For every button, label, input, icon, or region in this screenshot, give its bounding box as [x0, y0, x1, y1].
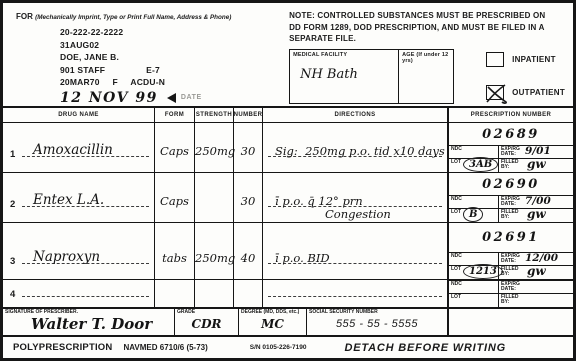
drug-name-cell: 4 [3, 280, 155, 307]
form-header: FOR (Mechanically Imprint, Type or Print… [3, 3, 573, 106]
form-cell: Caps [155, 123, 195, 172]
medical-facility-value: NH Bath [300, 67, 395, 82]
directions-cell: ī p.o. BID [263, 223, 449, 279]
drug-name-value: Amoxacillin [33, 142, 113, 158]
rx-number-value: 02690 [482, 177, 540, 192]
patient-name: DOE, JANE B. [60, 51, 285, 64]
patient-ssn: 20-222-22-2222 [60, 26, 285, 39]
left-arrow-icon [167, 93, 176, 103]
strength-value: 250mg [195, 144, 233, 158]
form-footer: POLYPRESCRIPTION NAVMED 6710/6 (5-73) S/… [3, 337, 573, 358]
ndc-label: NDC [451, 197, 473, 202]
strength-cell [195, 173, 234, 222]
age-box: AGE (If under 12 yrs) [399, 49, 454, 105]
filled-by-box: FILLED BY:gw [499, 266, 573, 279]
signature-row: SIGNATURE OF PRESCRIBER. Walter T. Door … [3, 307, 573, 337]
directions-cell [263, 280, 449, 307]
directions-value: ī p.o. BID [275, 251, 330, 265]
ndc-box: NDC [449, 281, 499, 294]
row-number: 4 [10, 289, 15, 300]
directions-value: ī p.o. q̄ 12° prn [275, 194, 363, 208]
strength-value: 250mg [195, 251, 233, 265]
patient-unit-rank: 901 STAFF E-7 [60, 64, 285, 77]
drug-name-cell: 2 Entex L.A. [3, 173, 155, 222]
controlled-substances-note: NOTE: CONTROLLED SUBSTANCES MUST BE PRES… [289, 10, 555, 45]
filled-by-value: gw [527, 207, 546, 221]
signature-cell: SIGNATURE OF PRESCRIBER. Walter T. Door [3, 309, 175, 335]
col-header-prescription-number: PRESCRIPTION NUMBER [449, 108, 573, 122]
ssn-label: SOCIAL SECURITY NUMBER [309, 310, 419, 315]
prescription-number-cell: 02691 NDC EXP/RG DATE:12/00 LOT1213 FILL… [449, 223, 573, 279]
form-cell [155, 280, 195, 307]
row-number: 2 [10, 199, 15, 210]
exp-date-label: EXP/RG DATE: [501, 282, 523, 292]
rx-number-area: 02689 [449, 123, 573, 145]
ndc-label: NDC [451, 282, 473, 287]
lot-box: LOT3AB [449, 159, 499, 172]
table-header: DRUG NAME FORM STRENGTH NUMBER DIRECTION… [3, 106, 573, 123]
date-line: 12 NOV 99 DATE [60, 90, 285, 106]
patient-imprint: 20-222-22-2222 31AUG02 DOE, JANE B. 901 … [60, 26, 285, 89]
number-cell [234, 280, 263, 307]
for-label: FOR [16, 12, 33, 21]
filled-by-box: FILLED BY:gw [499, 209, 573, 222]
form-number: NAVMED 6710/6 (5-73) [123, 343, 207, 352]
degree-label: DEGREE (MD, DDS, etc.) [241, 310, 301, 315]
rx-number-area: 02691 [449, 223, 573, 252]
col-header-number: NUMBER [234, 108, 263, 122]
rx-detail-grid: NDC EXP/RG DATE:9/01 LOT3AB FILLED BY:gw [449, 145, 573, 172]
rx-detail-grid: NDC EXP/RG DATE: LOT FILLED BY: [449, 280, 573, 307]
filled-by-label: FILLED BY: [501, 210, 523, 220]
rx-detail-grid: NDC EXP/RG DATE:12/00 LOT1213 FILLED BY:… [449, 252, 573, 279]
header-right-block: NOTE: CONTROLLED SUBSTANCES MUST BE PRES… [285, 3, 573, 106]
ndc-label: NDC [451, 147, 473, 152]
filled-by-label: FILLED BY: [501, 267, 523, 277]
form-cell: tabs [155, 223, 195, 279]
filled-by-label: FILLED BY: [501, 160, 523, 170]
form-value: Caps [155, 194, 194, 208]
number-value: 30 [234, 144, 262, 158]
lot-value: B [463, 207, 483, 222]
drug-name-value: Entex L.A. [33, 192, 104, 208]
date-label: DATE [181, 94, 202, 101]
degree-value: MC [239, 317, 306, 331]
lot-box: LOTB [449, 209, 499, 222]
medical-facility-label: MEDICAL FACILITY [293, 52, 395, 58]
filled-by-box: FILLED BY:gw [499, 159, 573, 172]
lot-value: 1213 [463, 264, 503, 279]
form-value: Caps [155, 144, 194, 158]
prescription-row: 1 Amoxacillin Caps 250mg 30 Sig: 250mg p… [3, 123, 573, 173]
date-handwritten: 12 NOV 99 [60, 90, 158, 106]
grade-cell: GRADE CDR [175, 309, 239, 335]
outpatient-label: OUTPATIENT [512, 88, 565, 97]
for-line: FOR (Mechanically Imprint, Type or Print… [16, 12, 285, 21]
prescription-number-cell: 02690 NDC EXP/RG DATE:7/00 LOTB FILLED B… [449, 173, 573, 222]
exp-date-label: EXP/RG DATE: [501, 147, 523, 157]
exp-date-value: 7/00 [525, 195, 551, 207]
col-header-drug-name: DRUG NAME [3, 108, 155, 122]
polyprescription-form: FOR (Mechanically Imprint, Type or Print… [0, 0, 576, 361]
number-value: 40 [234, 251, 262, 265]
facility-row: MEDICAL FACILITY NH Bath AGE (If under 1… [289, 49, 565, 105]
prescription-row: 4 NDC EXP/RG DATE: LOT FILLED BY: [3, 280, 573, 307]
directions-cell: ī p.o. q̄ 12° prn Congestion [263, 173, 449, 222]
medical-facility-box: MEDICAL FACILITY NH Bath [289, 49, 399, 105]
row-number: 1 [10, 149, 15, 160]
inpatient-label: INPATIENT [512, 55, 556, 64]
ssn-cell: SOCIAL SECURITY NUMBER 555 - 55 - 5555 [307, 309, 449, 335]
patient-dob-status: 20MAR70 F ACDU-N [60, 76, 285, 89]
prescription-number-cell: 02689 NDC EXP/RG DATE:9/01 LOT3AB FILLED… [449, 123, 573, 172]
outpatient-checkbox [486, 85, 504, 100]
rx-number-value: 02691 [482, 230, 540, 245]
form-value: tabs [155, 251, 194, 265]
rx-detail-grid: NDC EXP/RG DATE:7/00 LOTB FILLED BY:gw [449, 195, 573, 222]
lot-label: LOT [451, 295, 473, 300]
detach-instruction: DETACH BEFORE WRITING [345, 342, 506, 354]
col-header-form: FORM [155, 108, 195, 122]
inpatient-checkbox [486, 52, 504, 67]
ssn-value: 555 - 55 - 5555 [307, 318, 447, 330]
exp-date-value: 12/00 [525, 252, 558, 264]
drug-name-value: Naproxyn [33, 249, 100, 265]
age-label: AGE (If under 12 yrs) [402, 52, 450, 64]
filled-by-value: gw [527, 157, 546, 171]
patient-imprint-block: FOR (Mechanically Imprint, Type or Print… [3, 3, 285, 106]
drug-name-cell: 3 Naproxyn [3, 223, 155, 279]
degree-cell: DEGREE (MD, DDS, etc.) MC [239, 309, 307, 335]
entry-line [268, 296, 442, 297]
prescription-row: 2 Entex L.A. Caps 30 ī p.o. q̄ 12° prn C… [3, 173, 573, 223]
directions-value-2: Congestion [325, 207, 391, 221]
directions-cell: Sig: 250mg p.o. tid x10 days [263, 123, 449, 172]
rx-number-value: 02689 [482, 127, 540, 142]
patient-imprint-date: 31AUG02 [60, 39, 285, 52]
grade-value: CDR [175, 317, 238, 331]
prescription-number-cell: NDC EXP/RG DATE: LOT FILLED BY: [449, 280, 573, 307]
signature-row-empty-cell [449, 309, 573, 335]
outpatient-row: OUTPATIENT [486, 85, 565, 100]
rx-number-area: 02690 [449, 173, 573, 195]
for-instructions: (Mechanically Imprint, Type or Print Ful… [35, 14, 231, 21]
filled-by-box: FILLED BY: [499, 294, 573, 307]
drug-name-cell: 1 Amoxacillin [3, 123, 155, 172]
number-cell: 30 [234, 173, 263, 222]
number-cell: 40 [234, 223, 263, 279]
directions-value: Sig: 250mg p.o. tid x10 days [275, 144, 445, 158]
strength-cell: 250mg [195, 223, 234, 279]
exp-date-label: EXP/RG DATE: [501, 197, 523, 207]
patient-type-area: INPATIENT OUTPATIENT [454, 49, 565, 105]
form-name: POLYPRESCRIPTION [13, 342, 112, 353]
exp-date-label: EXP/RG DATE: [501, 254, 523, 264]
lot-value: 3AB [463, 157, 498, 172]
entry-line [22, 296, 149, 297]
lot-box: LOT [449, 294, 499, 307]
row-number: 3 [10, 256, 15, 267]
form-cell: Caps [155, 173, 195, 222]
inpatient-row: INPATIENT [486, 52, 565, 67]
filled-by-value: gw [527, 264, 546, 278]
number-value: 30 [234, 194, 262, 208]
col-header-strength: STRENGTH [195, 108, 234, 122]
exp-date-box: EXP/RG DATE: [499, 281, 573, 294]
lot-box: LOT1213 [449, 266, 499, 279]
grade-label: GRADE [177, 310, 199, 315]
ndc-label: NDC [451, 254, 473, 259]
strength-cell [195, 280, 234, 307]
exp-date-value: 9/01 [525, 145, 551, 157]
filled-by-label: FILLED BY: [501, 295, 523, 305]
prescription-row: 3 Naproxyn tabs 250mg 40 ī p.o. BID 0269… [3, 223, 573, 280]
prescriber-signature: Walter T. Door [31, 315, 152, 333]
number-cell: 30 [234, 123, 263, 172]
stock-number: S/N 0105-226-7190 [250, 344, 307, 351]
strength-cell: 250mg [195, 123, 234, 172]
outpatient-check-mark-icon [484, 83, 508, 105]
col-header-directions: DIRECTIONS [263, 108, 449, 122]
